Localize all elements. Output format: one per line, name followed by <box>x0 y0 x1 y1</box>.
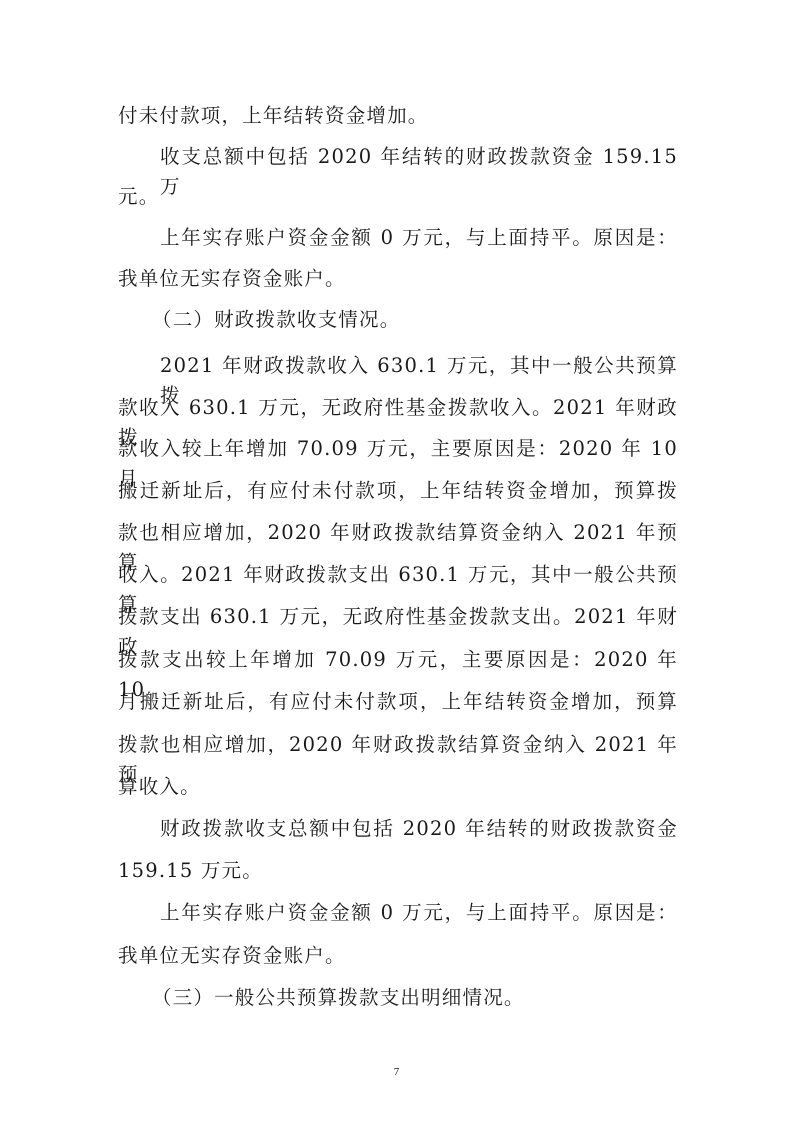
text-line: 元。 <box>118 182 678 212</box>
text-line: 款收入较上年增加 70.09 万元，主要原因是：2020 年 10 月 <box>118 434 678 464</box>
text-line: 上年实存账户资金金额 0 万元，与上面持平。原因是： <box>160 898 678 928</box>
text-line: 财政拨款收支总额中包括 2020 年结转的财政拨款资金 <box>160 814 678 844</box>
text-line: 拨款也相应增加，2020 年财政拨款结算资金纳入 2021 年预 <box>118 730 678 760</box>
text-line: 我单位无实存资金账户。 <box>118 941 678 971</box>
text-line: 拨款支出较上年增加 70.09 万元，主要原因是：2020 年 10 <box>118 645 678 675</box>
text-line: 月搬迁新址后，有应付未付款项，上年结转资金增加，预算 <box>118 687 678 717</box>
page-number: 7 <box>0 1066 793 1078</box>
text-line: 款收入 630.1 万元，无政府性基金拨款收入。2021 年财政拨 <box>118 393 678 423</box>
document-page: 付未付款项，上年结转资金增加。 收支总额中包括 2020 年结转的财政拨款资金 … <box>0 0 793 1122</box>
text-line: 上年实存账户资金金额 0 万元，与上面持平。原因是： <box>160 223 678 253</box>
text-line: 2021 年财政拨款收入 630.1 万元，其中一般公共预算拨 <box>160 351 678 381</box>
text-line: 159.15 万元。 <box>118 856 678 886</box>
text-line: 搬迁新址后，有应付未付款项，上年结转资金增加，预算拨 <box>118 476 678 506</box>
text-line: 我单位无实存资金账户。 <box>118 264 678 294</box>
section-heading-2: （二）财政拨款收支情况。 <box>152 305 678 335</box>
text-line: 收入。2021 年财政拨款支出 630.1 万元，其中一般公共预算 <box>118 560 678 590</box>
text-line: 拨款支出 630.1 万元，无政府性基金拨款支出。2021 年财政 <box>118 602 678 632</box>
text-line: 算收入。 <box>118 772 678 802</box>
text-line: 款也相应增加，2020 年财政拨款结算资金纳入 2021 年预算 <box>118 518 678 548</box>
text-line: 收支总额中包括 2020 年结转的财政拨款资金 159.15 万 <box>160 142 678 172</box>
text-line: 付未付款项，上年结转资金增加。 <box>118 101 678 131</box>
section-heading-3: （三）一般公共预算拨款支出明细情况。 <box>152 983 678 1013</box>
